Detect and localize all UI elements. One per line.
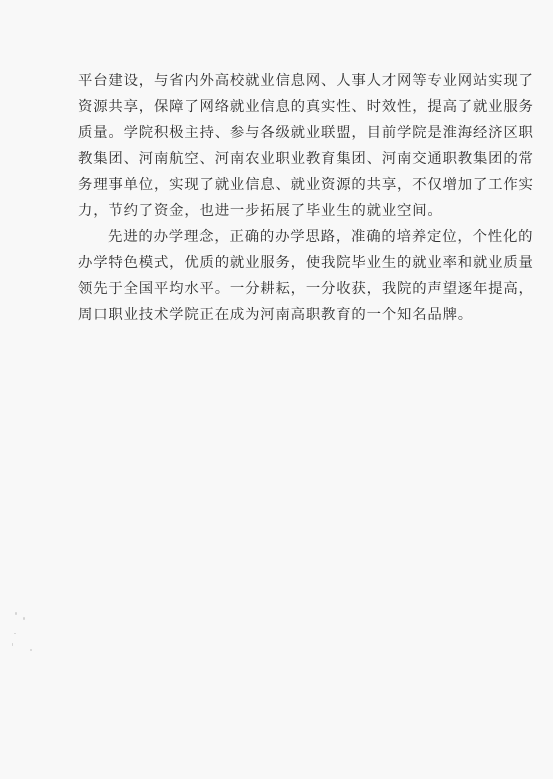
paragraph-2: 先进的办学理念，正确的办学思路，准确的培养定位，个性化的 办学特色模式，优质的就… bbox=[78, 224, 462, 328]
scan-speck bbox=[23, 617, 25, 620]
text-line: 务理事单位，实现了就业信息、就业资源的共享，不仅增加了工作实 bbox=[78, 172, 462, 198]
paragraph-1: 平台建设，与省内外高校就业信息网、人事人才网等专业网站实现了 资源共享，保障了网… bbox=[78, 68, 462, 224]
text-line: 周口职业技术学院正在成为河南高职教育的一个知名品牌。 bbox=[78, 302, 462, 328]
scan-speck bbox=[30, 649, 32, 651]
scan-speck bbox=[15, 612, 17, 615]
scanned-document-page: 平台建设，与省内外高校就业信息网、人事人才网等专业网站实现了 资源共享，保障了网… bbox=[0, 0, 553, 779]
text-line: 办学特色模式，优质的就业服务，使我院毕业生的就业率和就业质量 bbox=[78, 250, 462, 276]
text-line: 先进的办学理念，正确的办学思路，准确的培养定位，个性化的 bbox=[78, 224, 462, 250]
scan-speck bbox=[12, 643, 13, 646]
text-line: 平台建设，与省内外高校就业信息网、人事人才网等专业网站实现了 bbox=[78, 68, 462, 94]
text-line: 领先于全国平均水平。一分耕耘，一分收获，我院的声望逐年提高， bbox=[78, 276, 462, 302]
body-text: 平台建设，与省内外高校就业信息网、人事人才网等专业网站实现了 资源共享，保障了网… bbox=[78, 68, 462, 328]
scan-speck bbox=[14, 633, 16, 634]
text-line: 资源共享，保障了网络就业信息的真实性、时效性，提高了就业服务 bbox=[78, 94, 462, 120]
text-line: 力，节约了资金，也进一步拓展了毕业生的就业空间。 bbox=[78, 198, 462, 224]
text-line: 质量。学院积极主持、参与各级就业联盟，目前学院是淮海经济区职 bbox=[78, 120, 462, 146]
text-line: 教集团、河南航空、河南农业职业教育集团、河南交通职教集团的常 bbox=[78, 146, 462, 172]
